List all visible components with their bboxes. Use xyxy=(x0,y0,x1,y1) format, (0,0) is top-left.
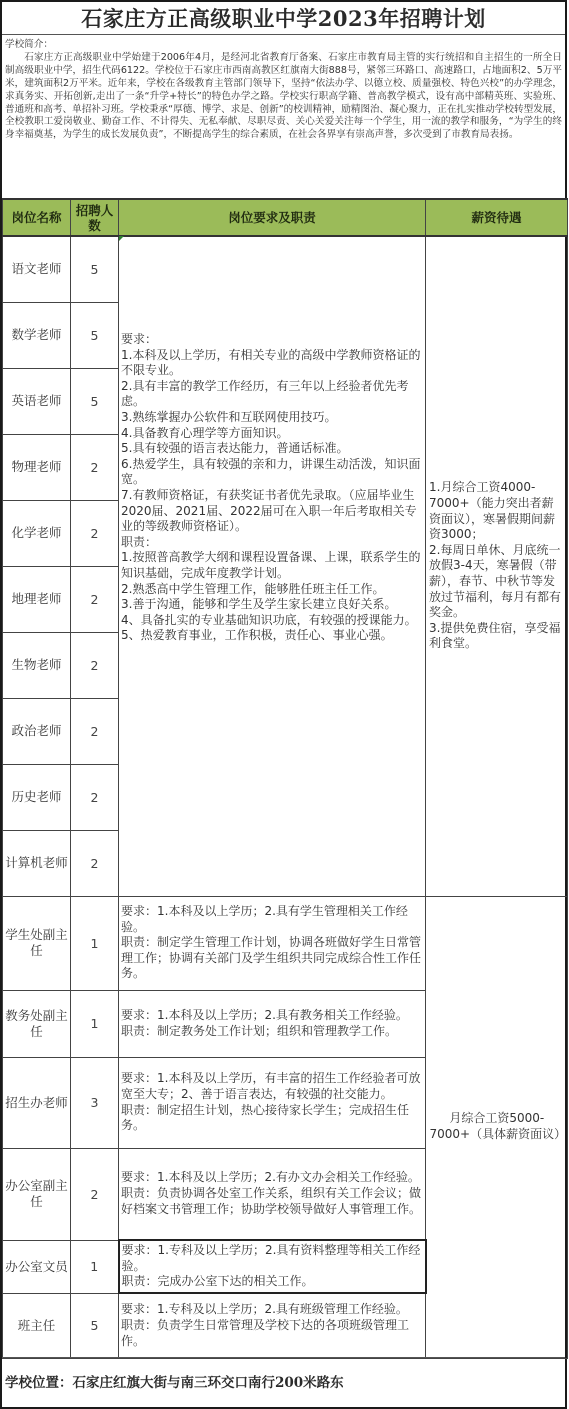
duty-cell: 要求：1.专科及以上学历；2.具有资料整理等相关工作经验。 职责：完成办公室下达… xyxy=(119,1240,426,1293)
count-cell: 2 xyxy=(71,764,119,830)
count-cell: 5 xyxy=(71,368,119,434)
position-cell: 教务处副主任 xyxy=(3,990,71,1057)
position-cell: 班主任 xyxy=(3,1293,71,1358)
position-cell: 生物老师 xyxy=(3,632,71,698)
position-cell: 语文老师 xyxy=(3,236,71,302)
teacher-duties-cell: 要求： 1.本科及以上学历，有相关专业的高级中学教师资格证的不限专业。 2.具有… xyxy=(119,236,426,896)
count-cell: 2 xyxy=(71,1148,119,1240)
requirement-text: 要求：1.专科及以上学历；2.具有班级管理工作经验。 xyxy=(121,1302,423,1318)
duty-text: 职责：负责协调各处室工作关系，组织有关工作会议；做好档案文书管理工作；协助学校领… xyxy=(121,1186,423,1217)
header-duties: 岗位要求及职责 xyxy=(119,199,426,236)
count-cell: 2 xyxy=(71,698,119,764)
position-cell: 化学老师 xyxy=(3,500,71,566)
header-count: 招聘人数 xyxy=(71,199,119,236)
duty-line: 1.本科及以上学历，有相关专业的高级中学教师资格证的不限专业。 xyxy=(121,348,423,379)
duty-cell: 要求：1.本科及以上学历；2.有办文办会相关工作经验。 职责：负责协调各处室工作… xyxy=(119,1148,426,1240)
page-title: 石家庄方正高级职业中学2023年招聘计划 xyxy=(2,2,565,35)
teacher-salary-cell: 1.月综合工资4000-7000+（能力突出者薪资面议），寒暑假期间薪资3000… xyxy=(426,236,568,896)
position-cell: 地理老师 xyxy=(3,566,71,632)
header-position: 岗位名称 xyxy=(3,199,71,236)
duty-line: 2.熟悉高中学生管理工作，能够胜任班主任工作。 xyxy=(121,582,423,598)
duty-line: 6.热爱学生，具有较强的亲和力，讲课生动活泼，知识面宽。 xyxy=(121,457,423,488)
count-cell: 5 xyxy=(71,1293,119,1358)
duty-line: 5、热爱教育事业，工作积极，责任心、事业心强。 xyxy=(121,628,423,644)
count-cell: 1 xyxy=(71,990,119,1057)
count-cell: 5 xyxy=(71,302,119,368)
position-cell: 物理老师 xyxy=(3,434,71,500)
table-header-row: 岗位名称 招聘人数 岗位要求及职责 薪资待遇 xyxy=(3,199,568,236)
duty-text: 职责：制定学生管理工作计划，协调各班做好学生日常管理工作；协调有关部门及学生组织… xyxy=(121,935,423,982)
position-cell: 办公室副主任 xyxy=(3,1148,71,1240)
duty-line: 要求： xyxy=(121,332,423,348)
count-cell: 2 xyxy=(71,632,119,698)
count-cell: 3 xyxy=(71,1057,119,1148)
position-cell: 计算机老师 xyxy=(3,830,71,896)
position-cell: 学生处副主任 xyxy=(3,896,71,990)
count-cell: 1 xyxy=(71,1240,119,1293)
position-cell: 数学老师 xyxy=(3,302,71,368)
count-cell: 1 xyxy=(71,896,119,990)
intro-label: 学校简介： xyxy=(5,39,562,52)
position-cell: 英语老师 xyxy=(3,368,71,434)
recruitment-sheet: 石家庄方正高级职业中学2023年招聘计划 学校简介： 石家庄方正高级职业中学始建… xyxy=(0,0,567,1409)
duty-line: 4.具备教育心理学等方面知识。 xyxy=(121,426,423,442)
recruitment-table: 岗位名称 招聘人数 岗位要求及职责 薪资待遇 语文老师 5 要求： 1.本科及以… xyxy=(2,198,568,1359)
position-cell: 政治老师 xyxy=(3,698,71,764)
school-location: 学校位置：石家庄红旗大街与南三环交口南行200米路东 xyxy=(2,1357,565,1407)
duty-text: 职责：完成办公室下达的相关工作。 xyxy=(122,1274,423,1290)
salary-line: 2.每周日单休、月底统一放假3-4天，寒暑假（带薪），春节、中秋节等发放过节福利… xyxy=(429,543,564,621)
position-cell: 招生办老师 xyxy=(3,1057,71,1148)
duty-cell: 要求：1.本科及以上学历，有丰富的招生工作经验者可放宽至大专；2、善于语言表达，… xyxy=(119,1057,426,1148)
duty-text: 职责：制定招生计划，热心接待家长学生；完成招生任务。 xyxy=(121,1103,423,1134)
count-cell: 2 xyxy=(71,830,119,896)
duty-line: 1.按照普高教学大纲和课程设置备课、上课，联系学生的知识基础，完成年度教学计划。 xyxy=(121,550,423,581)
duty-text: 职责：负责学生日常管理及学校下达的各项班级管理工作。 xyxy=(121,1318,423,1349)
duty-line: 4、具备扎实的专业基础知识功底，有较强的授课能力。 xyxy=(121,613,423,629)
header-salary: 薪资待遇 xyxy=(426,199,568,236)
count-cell: 2 xyxy=(71,566,119,632)
count-cell: 2 xyxy=(71,434,119,500)
duty-cell: 要求：1.本科及以上学历；2.具有学生管理相关工作经验。 职责：制定学生管理工作… xyxy=(119,896,426,990)
position-cell: 办公室文员 xyxy=(3,1240,71,1293)
count-cell: 2 xyxy=(71,500,119,566)
table-row: 语文老师 5 要求： 1.本科及以上学历，有相关专业的高级中学教师资格证的不限专… xyxy=(3,236,568,302)
requirement-text: 要求：1.专科及以上学历；2.具有资料整理等相关工作经验。 xyxy=(122,1243,423,1274)
staff-salary-cell: 月综合工资5000-7000+（具体薪资面议） xyxy=(426,896,568,1358)
salary-line: 3.提供免费住宿，享受福利食堂。 xyxy=(429,621,564,652)
duty-line: 2.具有丰富的教学工作经历，有三年以上经验者优先考虑。 xyxy=(121,379,423,410)
duty-line: 职责： xyxy=(121,535,423,551)
duty-line: 7.有教师资格证，有获奖证书者优先录取。（应届毕业生2020届、2021届、20… xyxy=(121,488,423,535)
requirement-text: 要求：1.本科及以上学历；2.具有教务相关工作经验。 xyxy=(121,1008,423,1024)
school-intro: 学校简介： 石家庄方正高级职业中学始建于2006年4月，是经河北省教育厅备案、石… xyxy=(2,36,565,198)
intro-body: 石家庄方正高级职业中学始建于2006年4月，是经河北省教育厅备案、石家庄市教育局… xyxy=(5,52,562,142)
requirement-text: 要求：1.本科及以上学历，有丰富的招生工作经验者可放宽至大专；2、善于语言表达，… xyxy=(121,1071,423,1102)
salary-line: 1.月综合工资4000-7000+（能力突出者薪资面议），寒暑假期间薪资3000… xyxy=(429,480,564,542)
requirement-text: 要求：1.本科及以上学历；2.具有学生管理相关工作经验。 xyxy=(121,904,423,935)
table-row: 学生处副主任 1 要求：1.本科及以上学历；2.具有学生管理相关工作经验。 职责… xyxy=(3,896,568,990)
duty-line: 3.熟练掌握办公软件和互联网使用技巧。 xyxy=(121,410,423,426)
cell-comment-marker xyxy=(119,236,124,241)
duty-line: 5.具有较强的语言表达能力，普通话标准。 xyxy=(121,441,423,457)
position-cell: 历史老师 xyxy=(3,764,71,830)
duty-cell: 要求：1.专科及以上学历；2.具有班级管理工作经验。 职责：负责学生日常管理及学… xyxy=(119,1293,426,1358)
duty-cell: 要求：1.本科及以上学历；2.具有教务相关工作经验。 职责：制定教务处工作计划；… xyxy=(119,990,426,1057)
duty-text: 职责：制定教务处工作计划；组织和管理教学工作。 xyxy=(121,1024,423,1040)
duty-line: 3.善于沟通，能够和学生及学生家长建立良好关系。 xyxy=(121,597,423,613)
count-cell: 5 xyxy=(71,236,119,302)
requirement-text: 要求：1.本科及以上学历；2.有办文办会相关工作经验。 xyxy=(121,1170,423,1186)
